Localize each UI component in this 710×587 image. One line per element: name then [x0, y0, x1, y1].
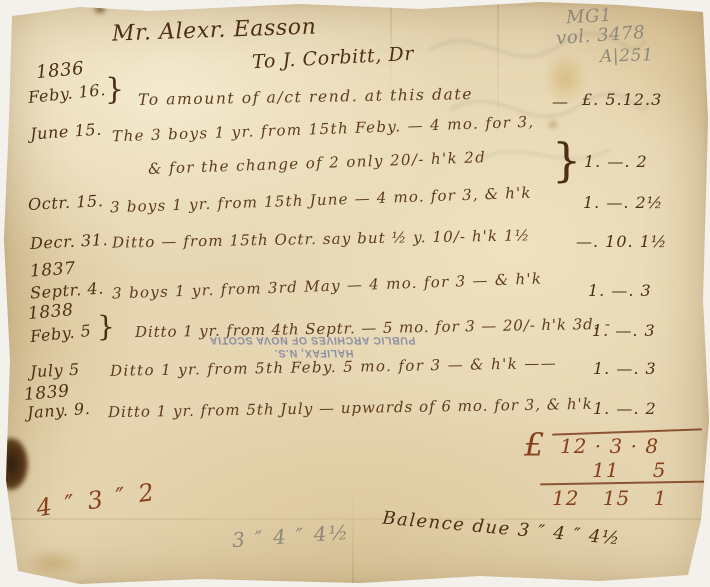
footer-ink-note: 4 ″ 3 ″ 2 [35, 478, 159, 523]
year-label-1838: 1838 [27, 300, 74, 324]
entry-brace: } [97, 310, 115, 343]
entry-text: Ditto 1 yr. from 5th July — upwards of 6… [108, 395, 593, 421]
totals-final: 12 15 1 [552, 486, 667, 510]
foxing-stain [24, 548, 82, 578]
entry-amount: 1. —. 3 [593, 359, 657, 378]
year-label-1836: 1836 [35, 58, 85, 83]
entry-text: 3 boys 1 yr. from 15th June — 4 mo. for … [110, 184, 532, 217]
entry-date: June 15. [29, 120, 102, 144]
totals-adjustment: 11 5 [592, 458, 667, 482]
entry-amount: 1. —. 3 [588, 281, 652, 300]
footer-pencil-note: 3 ″ 4 ″ 4½ [231, 520, 350, 552]
small-spot-stain [94, 4, 106, 14]
entry-amount: £. 5.12.3 [582, 90, 662, 109]
entry-date: Decr. 31. [30, 230, 109, 253]
entry-lead-dash: — [552, 92, 569, 111]
addressee-name: Mr. Alexr. Easson [112, 14, 317, 46]
entry-amount: 1. —. 2 [584, 152, 648, 171]
archives-stamp-city-line: HALIFAX, N.S. [206, 346, 422, 359]
entry-date: Septr. 4. [29, 278, 104, 302]
totals-currency-sign: £ [524, 426, 545, 464]
balance-due-note: Balence due 3 ″ 4 ″ 4½ [382, 508, 622, 550]
entry-text: Ditto — from 15th Octr. say but ½ y. 10/… [112, 226, 531, 251]
fold-crease [352, 480, 354, 587]
fold-crease [0, 518, 710, 520]
entry-brace: } [105, 72, 125, 107]
totals-sum-rule [540, 481, 705, 486]
entry-amount: 1. —. 2 [593, 399, 657, 418]
manuscript-scan: MG1 vol. 3478 A|251 Mr. Alexr. Easson To… [0, 0, 710, 587]
entry-amount: 1. —. 3 [592, 321, 656, 340]
archives-stamp: HALIFAX, N.S. PUBLIC ARCHIVES OF NOVA SC… [204, 333, 421, 359]
entry-text: 3 boys 1 yr. from 3rd May — 4 mo. for 3 … [112, 269, 543, 302]
year-label-1837: 1837 [29, 258, 76, 281]
archives-stamp-title-line: PUBLIC ARCHIVES OF NOVA SCOTIA [204, 333, 420, 346]
totals-subtotal: 12 · 3 · 8 [560, 434, 659, 458]
entry-date: July 5 [30, 360, 81, 382]
entry-brace: } [552, 133, 582, 187]
entry-amount: —. 10. 1½ [576, 232, 667, 251]
entry-date: Feby. 16. [27, 80, 106, 107]
manuscript-page: MG1 vol. 3478 A|251 Mr. Alexr. Easson To… [0, 0, 710, 587]
archive-ref-item: A|251 [600, 45, 654, 67]
entry-date: Octr. 15. [28, 191, 104, 214]
entry-date: Jany. 9. [26, 399, 91, 422]
ink-blot-stain [0, 438, 28, 490]
entry-amount: 1. —. 2½ [583, 193, 663, 212]
entry-date: Feby. 5 [29, 321, 92, 346]
